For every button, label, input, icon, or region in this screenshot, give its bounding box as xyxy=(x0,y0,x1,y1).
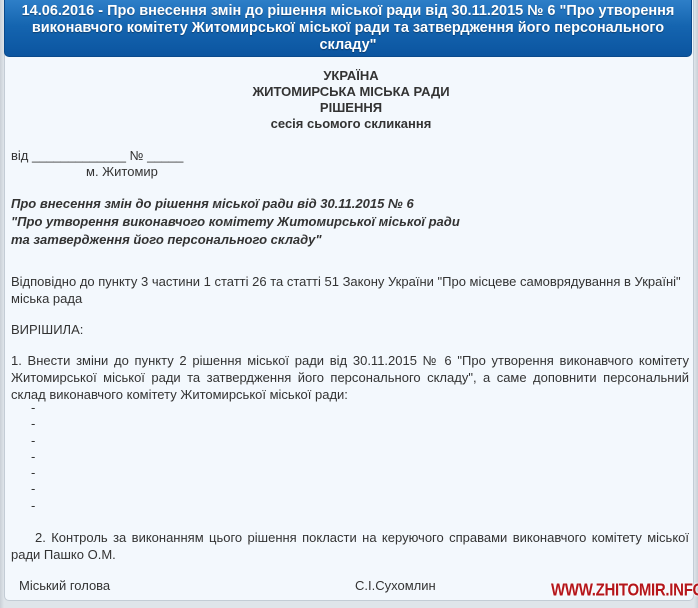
dash-item: - xyxy=(31,498,35,514)
dash-item: - xyxy=(31,416,35,432)
subject-line: та затвердження його персонального склад… xyxy=(11,231,460,249)
dash-item: - xyxy=(31,400,35,416)
city-line: м. Житомир xyxy=(86,164,158,180)
site-watermark: WWW.ZHITOMIR.INFO xyxy=(551,581,698,601)
decision-subject: Про внесення змін до рішення міської рад… xyxy=(11,195,460,249)
dash-item: - xyxy=(31,433,35,449)
council-heading: ЖИТОМИРСЬКА МІСЬКА РАДИ xyxy=(11,84,691,100)
dash-item: - xyxy=(31,449,35,465)
preamble-paragraph: Відповідно до пункту 3 частини 1 статті … xyxy=(11,273,689,307)
subject-line: "Про утворення виконавчого комітету Жито… xyxy=(11,213,460,231)
member-dash-list: - - - - - - - xyxy=(31,400,35,514)
date-number-line: від _____________ № _____ xyxy=(11,148,183,164)
dash-item: - xyxy=(31,481,35,497)
resolved-heading: ВИРІШИЛА: xyxy=(11,321,83,338)
article-title: 14.06.2016 - Про внесення змін до рішенн… xyxy=(4,0,692,57)
signature-title: Міський голова xyxy=(19,578,110,594)
subject-line: Про внесення змін до рішення міської рад… xyxy=(11,195,460,213)
page: 14.06.2016 - Про внесення змін до рішенн… xyxy=(0,0,698,608)
doc-type-heading: РІШЕННЯ xyxy=(11,100,691,116)
session-heading: сесія сьомого скликання xyxy=(11,116,691,132)
decision-document: УКРАЇНА ЖИТОМИРСЬКА МІСЬКА РАДИ РІШЕННЯ … xyxy=(11,60,691,132)
signature-name: С.І.Сухомлин xyxy=(355,578,436,594)
decision-point-2: 2. Контроль за виконанням цього рішення … xyxy=(11,529,689,563)
dash-item: - xyxy=(31,465,35,481)
article-title-text: 14.06.2016 - Про внесення змін до рішенн… xyxy=(22,3,675,53)
country-heading: УКРАЇНА xyxy=(11,68,691,84)
decision-point-1: 1. Внести зміни до пункту 2 рішення місь… xyxy=(11,352,689,403)
document-header: УКРАЇНА ЖИТОМИРСЬКА МІСЬКА РАДИ РІШЕННЯ … xyxy=(11,68,691,132)
